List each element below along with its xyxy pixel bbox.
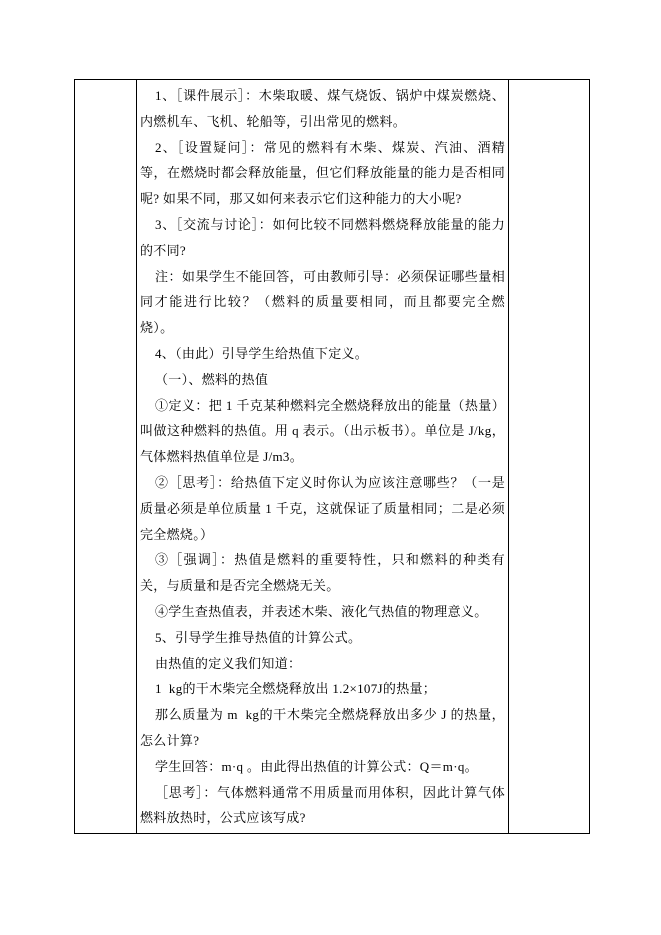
paragraph-discussion: 3、［交流与讨论］：如何比较不同燃料燃烧释放能量的能力的不同?	[140, 212, 505, 264]
paragraph-derive-formula: 5、引导学生推导热值的计算公式。	[140, 625, 505, 651]
paragraph-mass-question: 那么质量为 m kg的干木柴完全燃烧释放出多少 J 的热量，怎么计算?	[140, 702, 505, 754]
paragraph-wood-example: 1 kg的干木柴完全燃烧释放出 1.2×107J的热量；	[140, 676, 505, 702]
paragraph-teacher-note: 注：如果学生不能回答，可由教师引导：必须保证哪些量相同才能进行比较？（燃料的质量…	[140, 264, 505, 341]
paragraph-student-lookup: ④学生查热值表，并表述木柴、液化气热值的物理意义。	[140, 599, 505, 625]
table-cell-right-empty	[509, 80, 589, 833]
paragraph-raise-question: 2、［设置疑问］：常见的燃料有木柴、煤炭、汽油、酒精等，在燃烧时都会释放能量，但…	[140, 135, 505, 212]
paragraph-from-definition: 由热值的定义我们知道：	[140, 651, 505, 677]
paragraph-example-problem: 6、例题：计算 4kg 柴油完全燃烧释放的热量。	[140, 831, 505, 833]
paragraph-think-2: ［思考］：气体燃料通常不用质量而用体积，因此计算气体燃料放热时，公式应该写成?	[140, 780, 505, 832]
document-page: 1、［课件展示］：木柴取暖、煤气烧饭、锅炉中煤炭燃烧、内燃机车、飞机、轮船等，引…	[0, 0, 661, 935]
paragraph-courseware-display: 1、［课件展示］：木柴取暖、煤气烧饭、锅炉中煤炭燃烧、内燃机车、飞机、轮船等，引…	[140, 83, 505, 135]
table-cell-content: 1、［课件展示］：木柴取暖、煤气烧饭、锅炉中煤炭燃烧、内燃机车、飞机、轮船等，引…	[137, 80, 509, 833]
paragraph-think-1: ②［思考］：给热值下定义时你认为应该注意哪些？（一是质量必须是单位质量 1 千克…	[140, 470, 505, 547]
lesson-plan-table: 1、［课件展示］：木柴取暖、煤气烧饭、锅炉中煤炭燃烧、内燃机车、飞机、轮船等，引…	[74, 79, 590, 834]
table-cell-left-empty	[75, 80, 137, 833]
paragraph-emphasis: ③［强调］：热值是燃料的重要特性，只和燃料的种类有关，与质量和是否完全燃烧无关。	[140, 547, 505, 599]
paragraph-student-answer: 学生回答：m·q 。由此得出热值的计算公式：Q＝m·q。	[140, 754, 505, 780]
paragraph-lead-definition: 4、（由此）引导学生给热值下定义。	[140, 341, 505, 367]
paragraph-definition: ①定义：把 1 千克某种燃料完全燃烧释放出的能量（热量）叫做这种燃料的热值。用 …	[140, 393, 505, 470]
paragraph-section-heading: （一）、燃料的热值	[140, 367, 505, 393]
